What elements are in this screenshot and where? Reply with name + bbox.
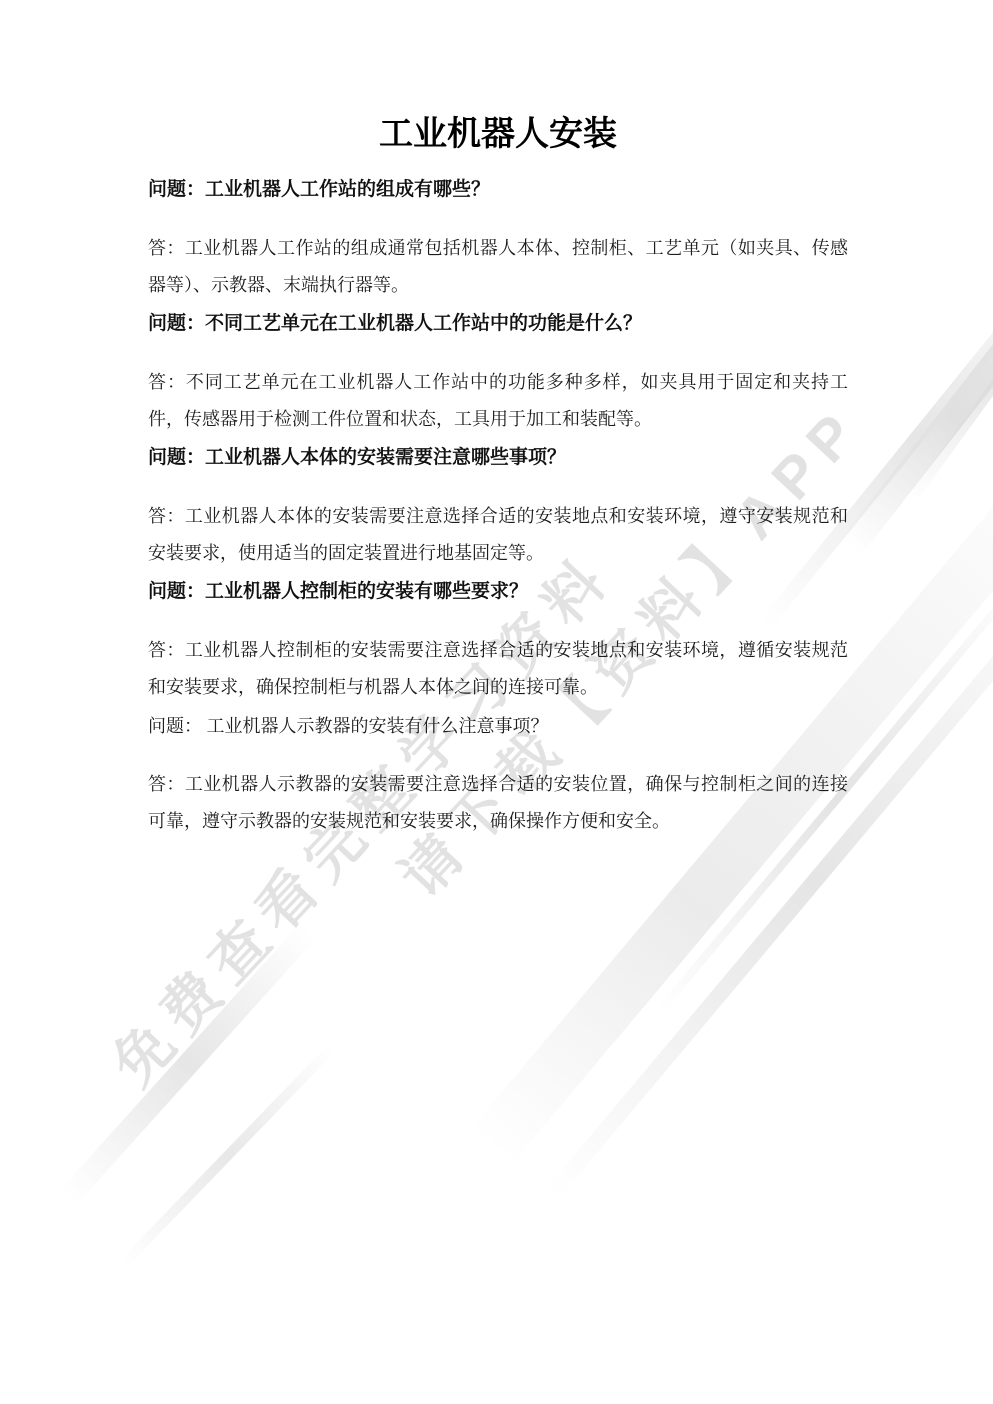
question-4: 问题：工业机器人控制柜的安装有哪些要求？ [148,580,848,604]
question-5: 问题： 工业机器人示教器的安装有什么注意事项？ [148,714,848,738]
brush-streak [120,1044,336,1267]
qa-block: 问题：工业机器人本体的安装需要注意哪些事项？ 答：工业机器人本体的安装需要注意选… [148,446,848,572]
question-1: 问题：工业机器人工作站的组成有哪些？ [148,178,848,202]
answer-3: 答：工业机器人本体的安装需要注意选择合适的安装地点和安装环境，遵守安装规范和安装… [148,498,848,572]
question-3: 问题：工业机器人本体的安装需要注意哪些事项？ [148,446,848,470]
answer-2: 答：不同工艺单元在工业机器人工作站中的功能多种多样，如夹具用于固定和夹持工件，传… [148,364,848,438]
page-title: 工业机器人安装 [148,112,848,156]
answer-1: 答：工业机器人工作站的组成通常包括机器人本体、控制柜、工艺单元（如夹具、传感器等… [148,230,848,304]
question-2: 问题：不同工艺单元在工业机器人工作站中的功能是什么？ [148,312,848,336]
document-content: 工业机器人安装 问题：工业机器人工作站的组成有哪些？ 答：工业机器人工作站的组成… [0,0,993,840]
brush-streak [60,922,317,1204]
answer-5: 答：工业机器人示教器的安装需要注意选择合适的安装位置，确保与控制柜之间的连接可靠… [148,766,848,840]
document-page: 免费查看完整学习资料 请下载【资料】APP 工业机器人安装 问题：工业机器人工作… [0,0,993,1404]
answer-4: 答：工业机器人控制柜的安装需要注意选择合适的安装地点和安装环境，遵循安装规范和安… [148,632,848,706]
qa-block: 问题： 工业机器人示教器的安装有什么注意事项？ 答：工业机器人示教器的安装需要注… [148,714,848,840]
qa-block: 问题：工业机器人控制柜的安装有哪些要求？ 答：工业机器人控制柜的安装需要注意选择… [148,580,848,706]
qa-block: 问题：工业机器人工作站的组成有哪些？ 答：工业机器人工作站的组成通常包括机器人本… [148,178,848,304]
qa-block: 问题：不同工艺单元在工业机器人工作站中的功能是什么？ 答：不同工艺单元在工业机器… [148,312,848,438]
